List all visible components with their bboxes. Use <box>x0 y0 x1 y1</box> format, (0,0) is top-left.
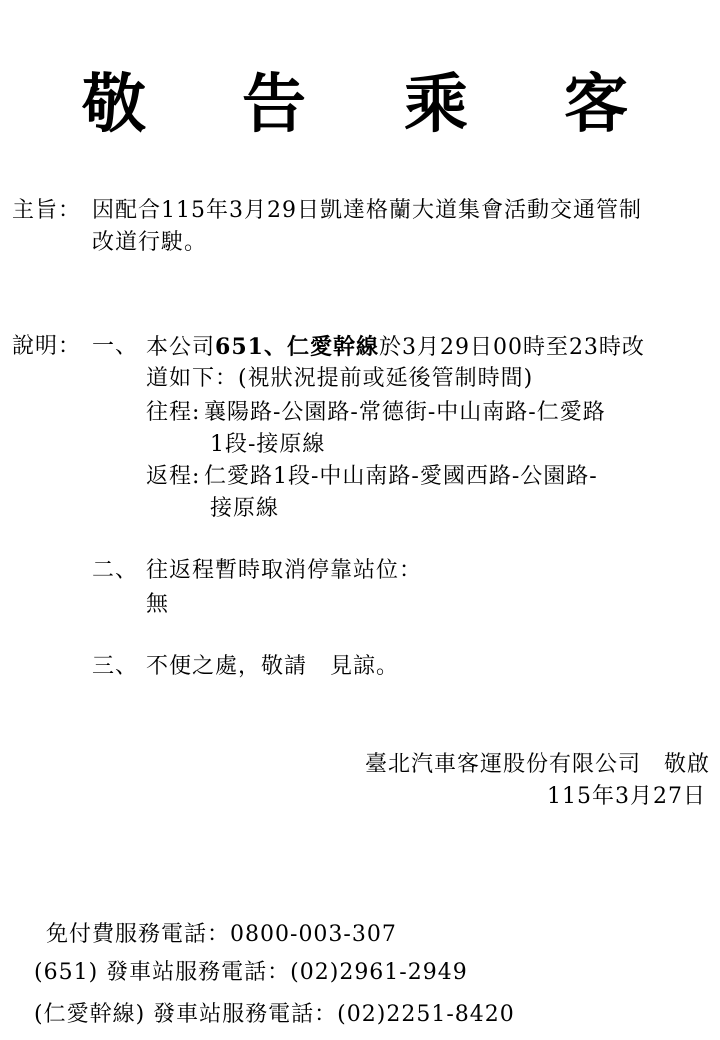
title-char: 乘 <box>404 60 468 150</box>
outbound-route-line-1: 襄陽路-公園路-常德街-中山南路-仁愛路 <box>204 396 606 430</box>
contact-phone: (02)2961-2949 <box>290 960 468 985</box>
item-1-number: 一、 <box>92 330 138 364</box>
contact-line: (651) 發車站服務電話：(02)2961-2949 <box>34 952 468 994</box>
explanation-label: 說明： <box>12 330 81 364</box>
company-signature: 臺北汽車客運股份有限公司 敬啟 <box>365 748 710 782</box>
subject-line-1: 因配合115年3月29日凱達格蘭大道集會活動交通管制 <box>92 194 642 228</box>
return-route-line-1: 仁愛路1段-中山南路-愛國西路-公園路- <box>204 460 598 494</box>
title-char: 告 <box>242 60 306 150</box>
title-char: 敬 <box>82 60 146 150</box>
subject-label: 主旨： <box>12 194 81 228</box>
notice-date: 115年3月27日 <box>547 780 706 814</box>
item-3-text: 不便之處，敬請 見諒。 <box>146 650 399 684</box>
outbound-label: 往程: <box>146 396 200 430</box>
contact-phone: 0800-003-307 <box>230 922 397 947</box>
item-2-text: 往返程暫時取消停靠站位： <box>146 554 422 588</box>
title-char: 客 <box>564 60 628 150</box>
contact-label: (651) 發車站服務電話： <box>34 960 290 985</box>
item-2-value: 無 <box>146 588 169 622</box>
item-1-line-1: 本公司651、仁愛幹線於3月29日00時至23時改 <box>146 330 645 365</box>
item-3-number: 三、 <box>92 650 138 684</box>
item-1-suffix: 於3月29日00時至23時改 <box>379 335 645 360</box>
contact-label: 免付費服務電話： <box>46 922 230 947</box>
contact-line: 免付費服務電話：0800-003-307 <box>46 914 397 956</box>
notice-title: 敬 告 乘 客 <box>0 60 720 150</box>
contact-line: (仁愛幹線) 發車站服務電話：(02)2251-8420 <box>34 994 515 1036</box>
item-1-prefix: 本公司 <box>146 335 215 360</box>
return-label: 返程: <box>146 460 200 494</box>
subject-line-2: 改道行駛。 <box>92 226 207 260</box>
contact-phone: (02)2251-8420 <box>337 1002 515 1027</box>
return-route-line-2: 接原線 <box>210 492 279 526</box>
item-2-number: 二、 <box>92 554 138 588</box>
item-1-routes: 651、仁愛幹線 <box>215 334 379 360</box>
outbound-route-line-2: 1段-接原線 <box>210 428 325 462</box>
contact-label: (仁愛幹線) 發車站服務電話： <box>34 1002 337 1027</box>
item-1-line-2: 道如下：(視狀況提前或延後管制時間) <box>146 362 533 396</box>
